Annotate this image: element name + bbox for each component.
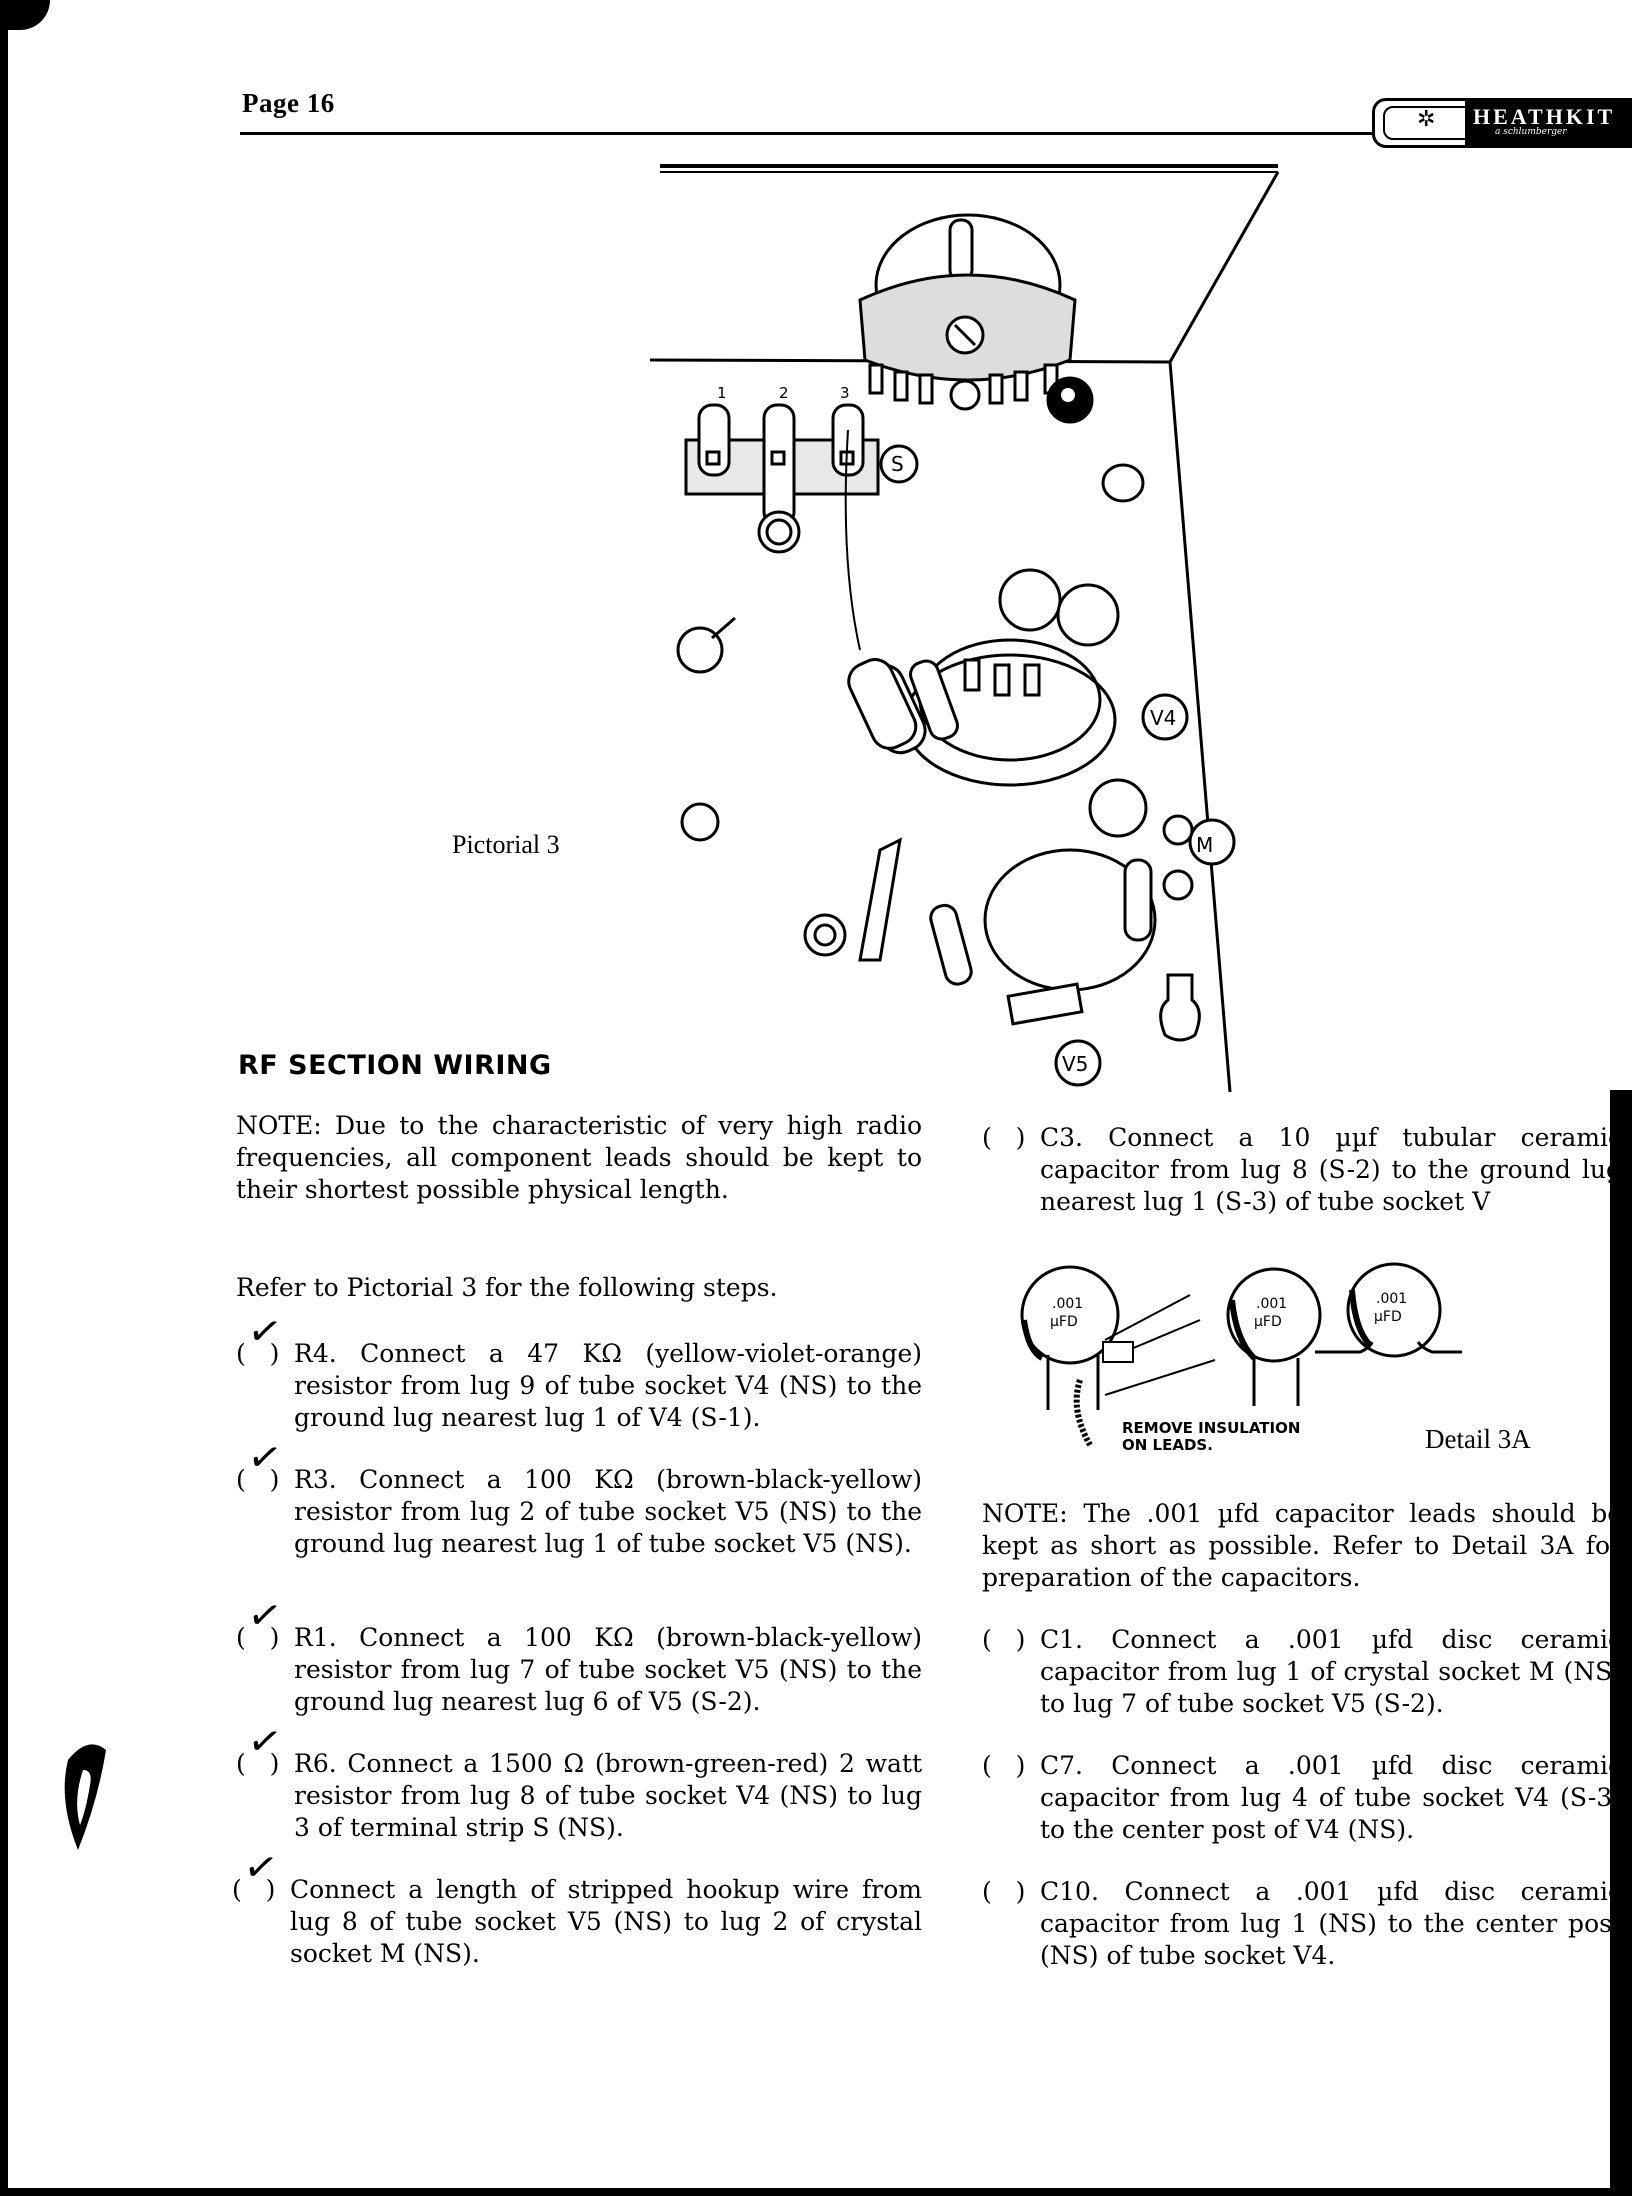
detail-3a-label: Detail 3A (1425, 1424, 1531, 1455)
step-r4: ( )✓ R4. Connect a 47 KΩ (yellow-violet-… (236, 1338, 922, 1434)
atom-star-icon: ✲ (1417, 107, 1435, 132)
step-c7: ( ) C7. Connect a .001 µfd disc ceramic … (982, 1750, 1622, 1846)
step-text: C3. Connect a 10 µµf tubular ceramic cap… (1040, 1122, 1622, 1218)
step-c10: ( ) C10. Connect a .001 µfd disc ceramic… (982, 1876, 1622, 1972)
checkmark-icon: ✓ (245, 1313, 284, 1350)
scan-edge-bottom (0, 2188, 1632, 2196)
pictorial-3-diagram: 1 2 3 S V4 M V5 (640, 150, 1280, 1100)
brand-subtitle: a schlumberger (1495, 127, 1567, 137)
step-text: R6. Connect a 1500 Ω (brown-green-red) 2… (294, 1748, 922, 1844)
step-r6: ( )✓ R6. Connect a 1500 Ω (brown-green-r… (236, 1748, 922, 1844)
section-note: NOTE: Due to the characteristic of very … (236, 1110, 922, 1206)
checkmark-icon: ✓ (245, 1439, 284, 1476)
svg-text:µFD: µFD (1050, 1314, 1078, 1330)
rotary-switch (860, 215, 1092, 422)
refer-instruction: Refer to Pictorial 3 for the following s… (236, 1272, 922, 1304)
step-text: Connect a length of stripped hookup wire… (290, 1874, 922, 1970)
tube-socket-v4 (853, 570, 1187, 785)
step-checkbox[interactable]: ( )✓ (236, 1464, 294, 1560)
note-line: REMOVE INSULATION (1122, 1420, 1300, 1437)
step-checkbox[interactable]: ( )✓ (236, 1748, 294, 1844)
header-rule (240, 132, 1380, 135)
scan-corner-mark (0, 0, 50, 30)
svg-text:S: S (891, 452, 904, 476)
step-text: R3. Connect a 100 KΩ (brown-black-yellow… (294, 1464, 922, 1560)
step-checkbox[interactable]: ( ) (982, 1876, 1040, 1972)
step-checkbox[interactable]: ( ) (982, 1750, 1040, 1846)
svg-text:V5: V5 (1062, 1052, 1088, 1076)
svg-text:V4: V4 (1150, 706, 1176, 730)
checkmark-icon: ✓ (241, 1849, 280, 1886)
svg-text:.001: .001 (1376, 1291, 1407, 1307)
svg-text:µFD: µFD (1254, 1314, 1282, 1330)
step-text: C7. Connect a .001 µfd disc ceramic capa… (1040, 1750, 1622, 1846)
step-text: C10. Connect a .001 µfd disc ceramic cap… (1040, 1876, 1622, 1972)
capacitor-note: NOTE: The .001 µfd capacitor leads shoul… (982, 1498, 1622, 1594)
svg-text:.001: .001 (1256, 1296, 1287, 1312)
step-checkbox[interactable]: ( )✓ (236, 1338, 294, 1434)
tube-socket-v5 (682, 780, 1234, 1085)
step-checkbox[interactable]: ( ) (982, 1122, 1040, 1218)
step-c3: ( ) C3. Connect a 10 µµf tubular ceramic… (982, 1122, 1622, 1218)
step-text: R1. Connect a 100 KΩ (brown-black-yellow… (294, 1622, 922, 1718)
svg-text:.001: .001 (1052, 1296, 1083, 1312)
heathkit-logo: ✲ HEATHKIT a schlumberger (1372, 98, 1632, 148)
step-hookup-wire: ( )✓ Connect a length of stripped hookup… (232, 1874, 922, 1970)
scan-edge-left (0, 0, 8, 2196)
pictorial-3-label: Pictorial 3 (452, 830, 560, 860)
handwritten-margin-mark (58, 1740, 114, 1860)
step-text: R4. Connect a 47 KΩ (yellow-violet-orang… (294, 1338, 922, 1434)
checkmark-icon: ✓ (245, 1597, 284, 1634)
svg-text:1: 1 (717, 384, 727, 402)
step-r3: ( )✓ R3. Connect a 100 KΩ (brown-black-y… (236, 1464, 922, 1560)
svg-text:2: 2 (779, 384, 789, 402)
svg-text:3: 3 (840, 384, 850, 402)
checkmark-icon: ✓ (245, 1723, 284, 1760)
step-text: C1. Connect a .001 µfd disc ceramic capa… (1040, 1624, 1622, 1720)
step-checkbox[interactable]: ( )✓ (232, 1874, 290, 1970)
svg-text:µFD: µFD (1374, 1309, 1402, 1325)
note-line: ON LEADS. (1122, 1437, 1300, 1454)
section-title: RF SECTION WIRING (238, 1050, 552, 1081)
step-checkbox[interactable]: ( )✓ (236, 1622, 294, 1718)
step-c1: ( ) C1. Connect a .001 µfd disc ceramic … (982, 1624, 1622, 1720)
step-checkbox[interactable]: ( ) (982, 1624, 1040, 1720)
terminal-strip-s (686, 405, 917, 552)
step-r1: ( )✓ R1. Connect a 100 KΩ (brown-black-y… (236, 1622, 922, 1718)
page-number: Page 16 (242, 88, 335, 119)
detail-3a-note: REMOVE INSULATION ON LEADS. (1122, 1420, 1300, 1454)
svg-text:M: M (1196, 833, 1213, 857)
